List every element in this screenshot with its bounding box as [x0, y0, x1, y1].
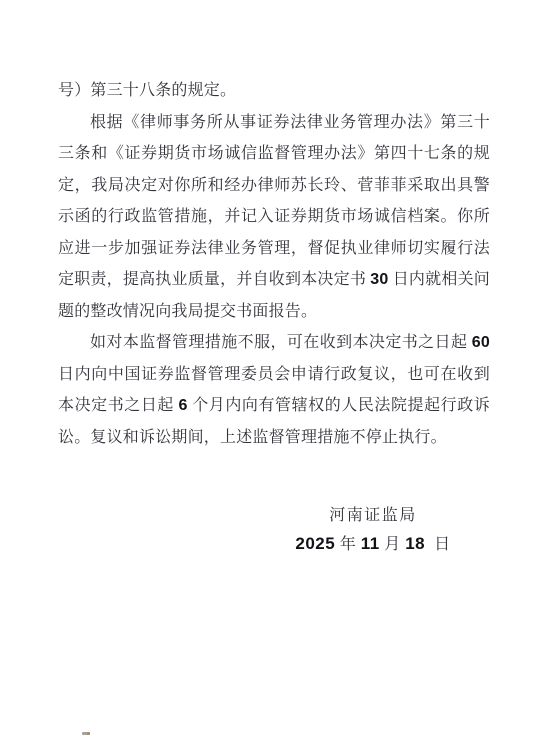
paragraph: 根据《律师事务所从事证券法律业务管理办法》第三十三条和《证券期货市场诚信监督管理… — [58, 107, 490, 328]
numeral: 18 — [405, 534, 425, 553]
signature-block: 河南证监局 2025 年 11 月 18 日 — [283, 501, 463, 558]
signature-date: 2025 年 11 月 18 日 — [283, 531, 463, 558]
document-page: 号）第三十八条的规定。根据《律师事务所从事证券法律业务管理办法》第三十三条和《证… — [0, 0, 547, 736]
partial-footer-glyph — [82, 732, 90, 736]
numeral: 6 — [179, 397, 188, 414]
paragraph: 号）第三十八条的规定。 — [58, 75, 490, 107]
numeral: 2025 — [295, 534, 335, 553]
text-run: 年 — [335, 536, 361, 553]
numeral: 11 — [361, 534, 380, 553]
text-run: 日 — [425, 536, 451, 553]
numeral: 30 — [370, 271, 388, 288]
numeral: 60 — [472, 334, 490, 351]
text-run: 月 — [380, 536, 406, 553]
issuer-name: 河南证监局 — [283, 501, 463, 531]
text-run: 如对本监督管理措施不服，可在收到本决定书之日起 — [90, 334, 472, 351]
text-run: 号）第三十八条的规定。 — [58, 82, 236, 99]
text-run: 根据《律师事务所从事证券法律业务管理办法》第三十三条和《证券期货市场诚信监督管理… — [58, 114, 490, 289]
paragraph: 如对本监督管理措施不服，可在收到本决定书之日起 60 日内向中国证券监督管理委员… — [58, 327, 490, 453]
document-body: 号）第三十八条的规定。根据《律师事务所从事证券法律业务管理办法》第三十三条和《证… — [58, 75, 490, 453]
